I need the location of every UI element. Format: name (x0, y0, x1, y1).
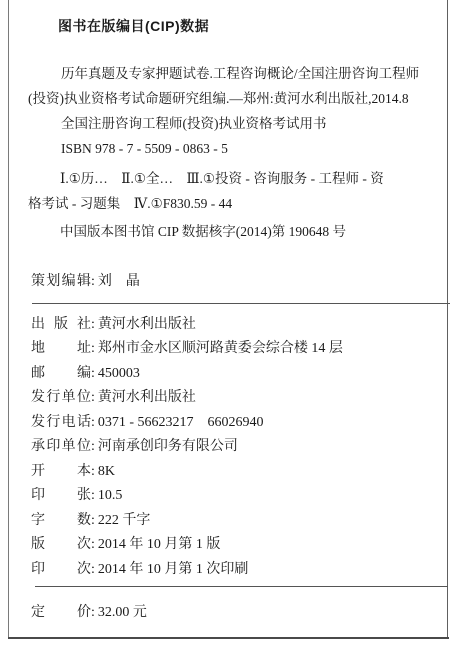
colophon-row-publisher: 出版社:黄河水利出版社 (31, 313, 444, 337)
price-row: 定价:32.00 元 (31, 602, 147, 624)
colophon-value: 10.5 (98, 488, 123, 503)
colophon-value: 222 千字 (98, 513, 151, 528)
cip-classification: Ⅰ.①历… Ⅱ.①全… Ⅲ.①投资 - 咨询服务 - 工程师 - 资 格考试 -… (28, 166, 444, 216)
cip-record: 历年真题及专家押题试卷.工程咨询概论/全国注册咨询工程师 (投资)执业资格考试命… (30, 61, 444, 161)
colophon-row-edition: 版次:2014 年 10 月第 1 版 (31, 533, 444, 557)
colon-separator: : (91, 537, 95, 552)
colophon-label: 字数 (31, 509, 91, 533)
colon-separator: : (91, 317, 95, 332)
cip-record-number: 中国版本图书馆 CIP 数据核字(2014)第 190648 号 (60, 221, 346, 243)
colophon-value: 河南承创印务有限公司 (98, 439, 238, 454)
colon-separator: : (91, 562, 95, 577)
colophon-row-phone: 发行电话:0371 - 56623217 66026940 (31, 411, 444, 435)
colophon-label: 地址 (31, 337, 91, 361)
colophon-row-address: 地址:郑州市金水区顺河路黄委会综合楼 14 层 (31, 337, 444, 361)
colon-separator: : (91, 439, 95, 454)
planning-editor-label: 策划编辑 (31, 271, 91, 293)
colophon-label: 印张 (31, 484, 91, 508)
colon-separator: : (91, 274, 95, 289)
divider-price (35, 586, 448, 587)
colon-separator: : (91, 415, 95, 430)
cip-title-line-1: 历年真题及专家押题试卷.工程咨询概论/全国注册咨询工程师 (61, 61, 444, 86)
colophon-value: 8K (98, 464, 115, 479)
colon-separator: : (91, 605, 95, 620)
colophon-list: 出版社:黄河水利出版社 地址:郑州市金水区顺河路黄委会综合楼 14 层 邮编:4… (31, 313, 444, 582)
colon-separator: : (91, 488, 95, 503)
colophon-value: 黄河水利出版社 (98, 390, 196, 405)
planning-editor-row: 策划编辑:刘 晶 (31, 271, 140, 293)
cip-header: 图书在版编目(CIP)数据 (58, 16, 209, 36)
colophon-row-printing: 印次:2014 年 10 月第 1 次印刷 (31, 558, 444, 582)
colophon-row-wordcount: 字数:222 千字 (31, 509, 444, 533)
colophon-value: 450003 (98, 366, 140, 381)
colophon-label: 发行电话 (31, 411, 91, 435)
colon-separator: : (91, 464, 95, 479)
planning-editor-value: 刘 晶 (98, 274, 140, 289)
page-border-right (447, 0, 448, 637)
colophon-label: 出版社 (31, 313, 91, 337)
colon-separator: : (91, 513, 95, 528)
colophon-value: 2014 年 10 月第 1 次印刷 (98, 562, 249, 577)
isbn-line: ISBN 978 - 7 - 5509 - 0863 - 5 (61, 136, 444, 161)
colophon-row-postcode: 邮编:450003 (31, 362, 444, 386)
colophon-label: 邮编 (31, 362, 91, 386)
colon-separator: : (91, 366, 95, 381)
colon-separator: : (91, 341, 95, 356)
colophon-row-format: 开本:8K (31, 460, 444, 484)
colophon-value: 2014 年 10 月第 1 版 (98, 537, 221, 552)
cip-series-note: 全国注册咨询工程师(投资)执业资格考试用书 (61, 111, 444, 136)
cip-title-line-2: (投资)执业资格考试命题研究组编.—郑州:黄河水利出版社,2014.8 (28, 86, 444, 111)
colophon-label: 版次 (31, 533, 91, 557)
colophon-label: 发行单位 (31, 386, 91, 410)
divider-editor (32, 303, 450, 304)
copyright-page: 图书在版编目(CIP)数据 历年真题及专家押题试卷.工程咨询概论/全国注册咨询工… (0, 0, 450, 645)
page-border-bottom (8, 637, 449, 639)
colophon-row-printer: 承印单位:河南承创印务有限公司 (31, 435, 444, 459)
price-label: 定价 (31, 602, 91, 624)
page-border-left (8, 0, 9, 637)
colophon-value: 0371 - 56623217 66026940 (98, 415, 264, 430)
colophon-row-distributor: 发行单位:黄河水利出版社 (31, 386, 444, 410)
colon-separator: : (91, 390, 95, 405)
colophon-row-sheets: 印张:10.5 (31, 484, 444, 508)
colophon-label: 承印单位 (31, 435, 91, 459)
cip-classification-line-1: Ⅰ.①历… Ⅱ.①全… Ⅲ.①投资 - 咨询服务 - 工程师 - 资 (60, 166, 444, 191)
colophon-label: 开本 (31, 460, 91, 484)
cip-classification-line-2: 格考试 - 习题集 Ⅳ.①F830.59 - 44 (28, 191, 444, 216)
colophon-label: 印次 (31, 558, 91, 582)
colophon-value: 郑州市金水区顺河路黄委会综合楼 14 层 (98, 341, 343, 356)
colophon-value: 黄河水利出版社 (98, 317, 196, 332)
price-value: 32.00 元 (98, 605, 147, 620)
